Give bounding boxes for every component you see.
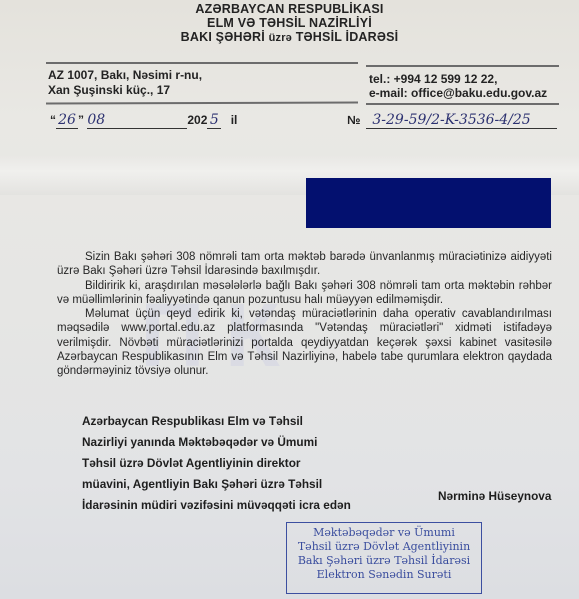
sender-contact: tel.: +994 12 599 12 22, e-mail: office@… xyxy=(369,72,547,100)
letter-body: Sizin Bakı şəhəri 308 nömrəli tam orta m… xyxy=(57,250,552,379)
signatory-title-line: Azərbaycan Respublikası Elm və Təhsil xyxy=(82,411,351,432)
signatory-title-line: müavini, Agentliyin Bakı Şəhəri üzrə Təh… xyxy=(82,474,351,495)
signatory-title-line: İdarəsinin müdiri vəzifəsini müvəqqəti i… xyxy=(82,495,351,516)
letterhead-line-3: BAKI ŞƏHƏRİ üzrə TƏHSİL İDARƏSİ xyxy=(0,30,579,45)
address-top-rule xyxy=(46,62,358,64)
body-paragraph-1: Sizin Bakı şəhəri 308 nömrəli tam orta m… xyxy=(57,250,552,279)
signatory-title-line: Təhsil üzrə Dövlət Agentliyinin direktor xyxy=(82,453,351,474)
letter-date: “26” 082025 il xyxy=(50,112,237,129)
letterhead-line-1: AZƏRBAYCAN RESPUBLİKASI xyxy=(0,2,579,16)
letterhead-office: TƏHSİL İDARƏSİ xyxy=(296,30,399,44)
letterhead-line-2: ELM VƏ TƏHSİL NAZİRLİYİ xyxy=(0,16,579,30)
reference-value: 3-29-59/2-K-3536-4/25 xyxy=(366,112,557,129)
sender-address: AZ 1007, Bakı, Nəsimi r-nu, Xan Şuşinski… xyxy=(48,68,202,98)
stamp-line: Elektron Sənədin Surəti xyxy=(287,568,481,582)
letterhead-connector: üzrə xyxy=(269,32,292,44)
contact-top-rule xyxy=(366,65,559,67)
stamp-line: Məktəbəqədər və Ümumi xyxy=(287,526,481,540)
body-paragraph-3: Məlumat üçün qeyd edirik ki, vətəndaş mü… xyxy=(57,307,552,378)
signatory-title: Azərbaycan Respublikası Elm və Təhsil Na… xyxy=(82,411,351,516)
letterhead-title: AZƏRBAYCAN RESPUBLİKASI ELM VƏ TƏHSİL NA… xyxy=(0,2,579,45)
address-line-1: AZ 1007, Bakı, Nəsimi r-nu, xyxy=(48,68,202,83)
date-year-prefix: 202 xyxy=(187,113,207,127)
reference-number: №3-29-59/2-K-3536-4/25 xyxy=(347,112,557,129)
body-paragraph-2: Bildiririk ki, araşdırılan məsələlərlə b… xyxy=(57,279,552,308)
contact-phone: tel.: +994 12 599 12 22, xyxy=(369,72,547,86)
letterhead-city: BAKI ŞƏHƏRİ xyxy=(181,30,265,44)
signatory-title-line: Nazirliyi yanında Məktəbəqədər və Ümumi xyxy=(82,432,351,453)
stamp-line: Bakı Şəhəri üzrə Təhsil İdarəsi xyxy=(287,554,481,568)
date-suffix: il xyxy=(231,113,238,127)
date-close-quote: ” xyxy=(78,113,84,127)
electronic-copy-stamp: Məktəbəqədər və Ümumi Təhsil üzrə Dövlət… xyxy=(286,522,482,594)
stamp-line: Təhsil üzrə Dövlət Agentliyinin xyxy=(287,540,481,554)
contact-bottom-rule xyxy=(366,103,559,105)
contact-email: e-mail: office@baku.edu.gov.az xyxy=(369,86,547,100)
redacted-recipient-block xyxy=(306,178,551,228)
signatory-name: Nərminə Hüseynova xyxy=(438,489,551,503)
reference-label: № xyxy=(347,113,360,127)
date-day: 26 xyxy=(56,112,78,129)
address-bottom-rule xyxy=(46,101,358,104)
date-year-suffix: 5 xyxy=(207,112,221,129)
address-line-2: Xan Şuşinski küç., 17 xyxy=(48,83,202,98)
date-month: 08 xyxy=(87,112,187,129)
